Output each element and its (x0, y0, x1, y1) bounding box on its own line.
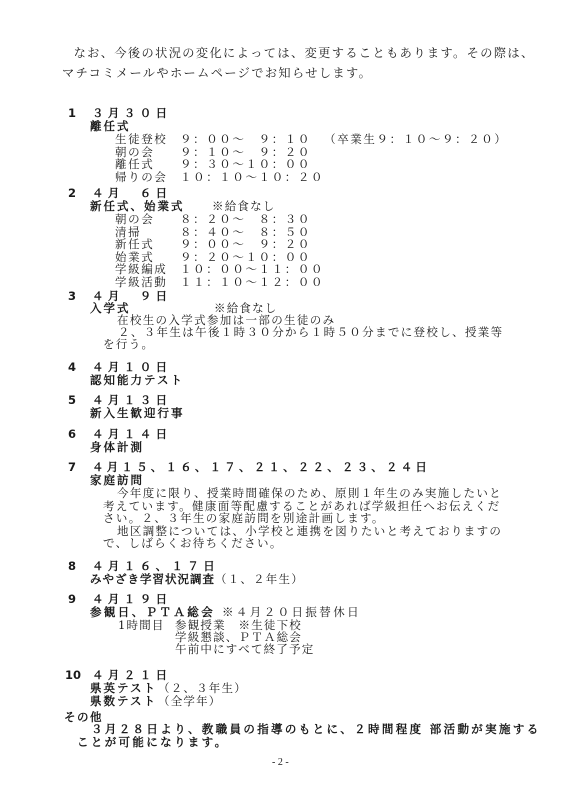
test-suffix: （全学年） (158, 695, 222, 708)
item-number: 1 (68, 107, 76, 120)
item-number: 6 (68, 428, 76, 441)
schedule-row: 朝の会 ９：１０～ ９：２０ (115, 146, 508, 159)
schedule-label: 新任式 (115, 238, 180, 251)
schedule-time: １０：１０～１０：２０ (180, 171, 324, 184)
schedule-time: ９：００～ ９：１０ (180, 133, 324, 146)
schedule-table: 生徒登校 ９：００～ ９：１０ （卒業生９：１０～９：２０） 朝の会 ９：１０～… (115, 133, 508, 183)
item-line: を行う。 (103, 338, 154, 351)
item-line: で、しばらくお待ちください。 (103, 537, 283, 550)
schedule-time: ９：３０～１０：００ (180, 158, 324, 171)
schedule-label: 朝の会 (115, 213, 180, 226)
item-title: 身体計測 (90, 441, 144, 454)
intro-line-1: なお、今後の状況の変化によっては、変更することもあります。その際は、 (60, 47, 535, 60)
item-number: 8 (68, 560, 76, 573)
other-line-2: ことが可能になります。 (77, 736, 228, 749)
schedule-label: 生徒登校 (115, 133, 180, 146)
schedule-row: 帰りの会 １０：１０～１０：２０ (115, 171, 508, 184)
item-title-suffix: （１、２年生） (215, 573, 304, 586)
schedule-row: 朝の会８：２０～ ８：３０ (115, 213, 324, 226)
item-title: 認知能力テスト (90, 374, 184, 387)
item-number: 5 (68, 394, 76, 407)
page-number: - 2 - (272, 756, 289, 769)
period-label: 1時間目 (118, 619, 165, 632)
item-title: みやざき学習状況調査 (90, 573, 215, 586)
item-number: 9 (68, 593, 76, 606)
schedule-time: １１：１０～１２：００ (180, 276, 324, 289)
schedule-time: ８：２０～ ８：３０ (180, 213, 324, 226)
intro-line-2: マチコミメールやホームページでお知らせします。 (62, 67, 372, 80)
item-line: 午前中にすべて終了予定 (175, 643, 314, 656)
schedule-time: ９：００～ ９：２０ (180, 238, 324, 251)
item-number: 2 (68, 187, 76, 200)
schedule-label: 帰りの会 (115, 171, 180, 184)
item-line: ２、３年生は午後１時３０分から１時５０分までに登校し、授業等 (118, 326, 504, 339)
schedule-row: 学級活動１１：１０～１２：００ (115, 276, 324, 289)
schedule-row: 新任式９：００～ ９：２０ (115, 238, 324, 251)
test-title: 県数テスト (90, 695, 157, 708)
item-number: 7 (68, 461, 76, 474)
item-title: 新入生歓迎行事 (90, 407, 185, 420)
item-number: 3 (68, 290, 76, 303)
schedule-label: 学級活動 (115, 276, 180, 289)
item-number: 4 (68, 361, 76, 374)
schedule-table: 朝の会８：２０～ ８：３０ 清掃８：４０～ ８：５０ 新任式９：００～ ９：２０… (115, 213, 324, 289)
schedule-note: （卒業生９：１０～９：２０） (324, 133, 507, 146)
schedule-row: 離任式 ９：３０～１０：００ (115, 158, 508, 171)
item-number: 10 (65, 669, 81, 682)
schedule-row: 生徒登校 ９：００～ ９：１０ （卒業生９：１０～９：２０） (115, 133, 508, 146)
schedule-label: 離任式 (115, 158, 180, 171)
